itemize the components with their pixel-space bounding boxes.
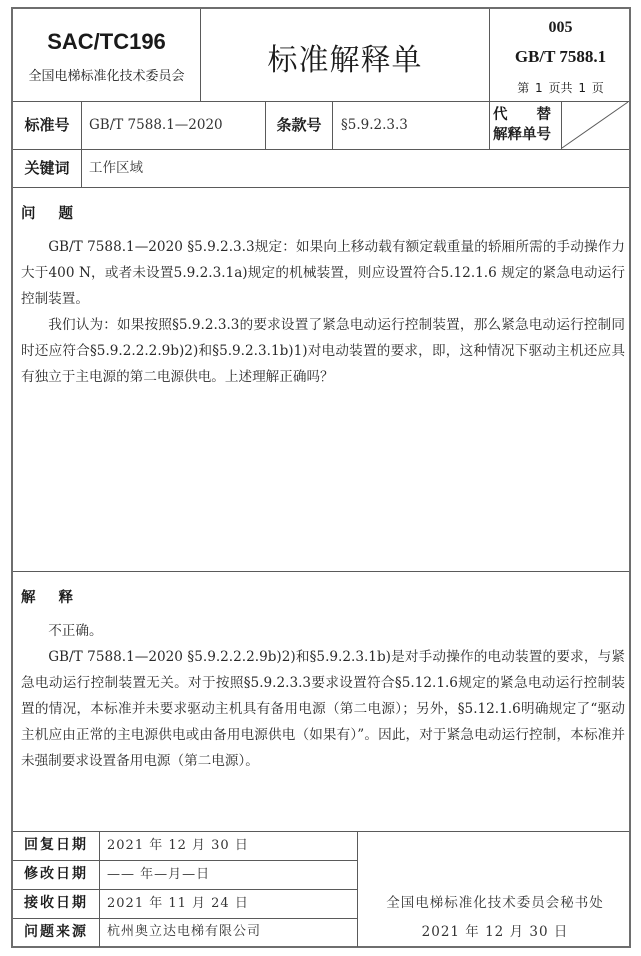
question-paragraph: GB/T 7588.1—2020 §5.9.2.3.3规定：如果向上移动载有额定… — [21, 234, 625, 312]
replace-label-line1: 代 替 — [493, 105, 559, 125]
standard-value: GB/T 7588.1—2020 — [89, 101, 259, 149]
clause-value: §5.9.2.3.3 — [341, 101, 491, 149]
question-source-label: 问题来源 — [13, 918, 99, 946]
interpretation-sheet: SAC/TC196 全国电梯标准化技术委员会 标准解释单 005 GB/T 75… — [11, 7, 631, 948]
org-name: 全国电梯标准化技术委员会 — [13, 65, 200, 84]
received-date-label: 接收日期 — [13, 889, 99, 918]
question-body: GB/T 7588.1—2020 §5.9.2.3.3规定：如果向上移动载有额定… — [21, 234, 625, 390]
doc-number: 005 — [490, 19, 631, 37]
replace-label: 代 替 解释单号 — [493, 105, 559, 145]
divider — [489, 101, 490, 149]
question-title: 问 题 — [21, 202, 82, 223]
received-date-value: 2021 年 11 月 24 日 — [107, 889, 357, 918]
divider — [81, 101, 82, 187]
reply-date-value: 2021 年 12 月 30 日 — [107, 831, 357, 860]
org-code: SAC/TC196 — [13, 29, 200, 55]
question-paragraph: 我们认为：如果按照§5.9.2.3.3的要求设置了紧急电动运行控制装置，那么紧急… — [21, 312, 625, 390]
revision-date-value: —— 年—月—日 — [107, 860, 357, 889]
answer-body: 不正确。 GB/T 7588.1—2020 §5.9.2.2.2.9b)2)和§… — [21, 618, 625, 774]
question-source-value: 杭州奥立达电梯有限公司 — [107, 918, 357, 946]
signature-org: 全国电梯标准化技术委员会秘书处 — [357, 891, 633, 911]
standard-label: 标准号 — [13, 101, 81, 149]
reply-date-label: 回复日期 — [13, 831, 99, 860]
page-info: 第 1 页共 1 页 — [490, 79, 631, 96]
keywords-label: 关键词 — [13, 149, 81, 187]
divider — [332, 101, 333, 149]
divider — [13, 571, 629, 572]
answer-paragraph: GB/T 7588.1—2020 §5.9.2.2.2.9b)2)和§5.9.2… — [21, 644, 625, 774]
empty-cell-slash-icon — [561, 101, 629, 149]
answer-paragraph: 不正确。 — [21, 618, 625, 644]
keywords-value: 工作区域 — [89, 149, 489, 187]
doc-title: 标准解释单 — [201, 35, 489, 79]
doc-standard: GB/T 7588.1 — [490, 47, 631, 67]
revision-date-label: 修改日期 — [13, 860, 99, 889]
answer-title: 解 释 — [21, 586, 82, 607]
clause-label: 条款号 — [265, 101, 333, 149]
signature-date: 2021 年 12 月 30 日 — [357, 920, 633, 940]
divider — [13, 187, 629, 188]
replace-label-line2: 解释单号 — [493, 125, 559, 145]
